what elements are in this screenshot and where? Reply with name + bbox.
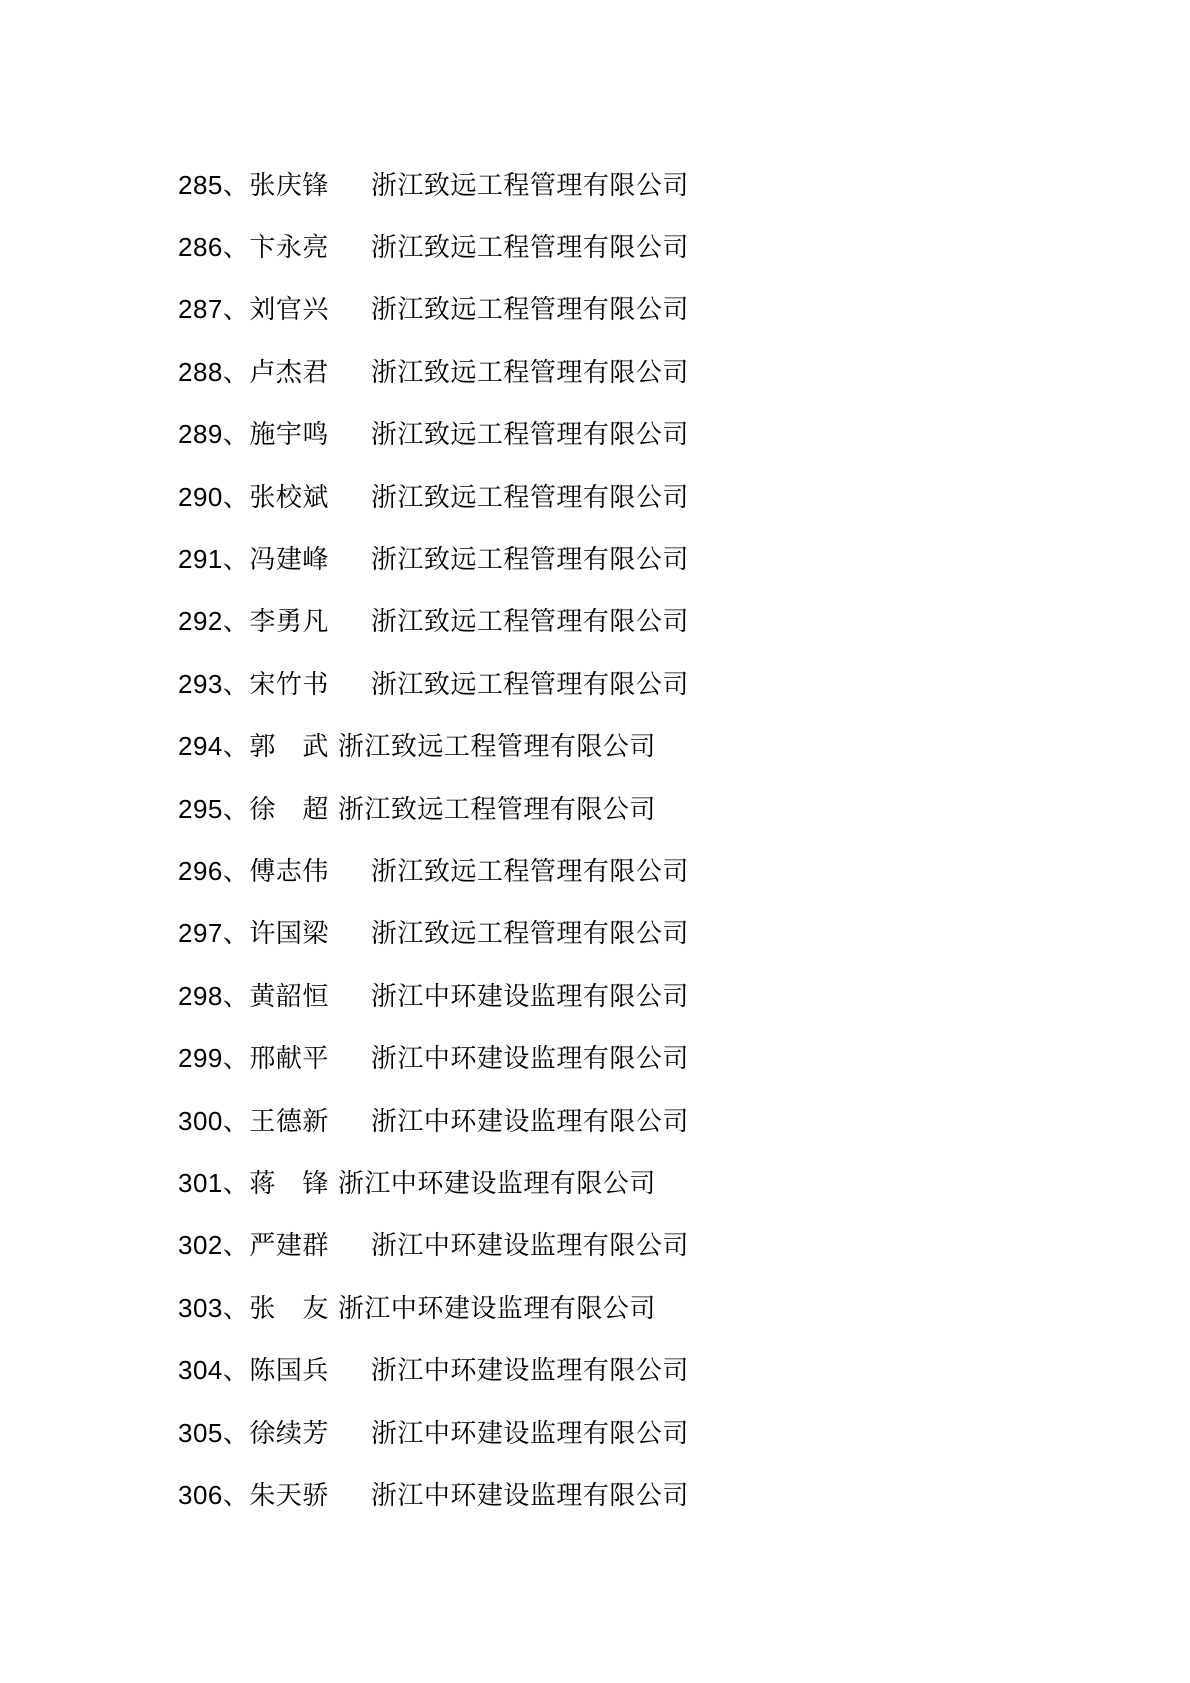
personnel-list: 285、张庆锋浙江致远工程管理有限公司 286、卞永亮浙江致远工程管理有限公司 …: [178, 152, 1150, 1525]
entry-name: 卞永亮: [249, 227, 329, 264]
entry-number: 298、: [178, 976, 249, 1013]
entry-company: 浙江致远工程管理有限公司: [371, 913, 689, 950]
list-item: 305、徐续芳浙江中环建设监理有限公司: [178, 1400, 1150, 1462]
entry-company: 浙江中环建设监理有限公司: [371, 1101, 689, 1138]
entry-number: 286、: [178, 227, 249, 264]
entry-company: 浙江致远工程管理有限公司: [371, 227, 689, 264]
list-item: 298、黄韶恒浙江中环建设监理有限公司: [178, 963, 1150, 1025]
entry-name: 徐续芳: [249, 1413, 329, 1450]
list-item: 286、卞永亮浙江致远工程管理有限公司: [178, 214, 1150, 276]
entry-number: 295、: [178, 789, 249, 826]
entry-number: 303、: [178, 1288, 249, 1325]
list-item: 293、宋竹书浙江致远工程管理有限公司: [178, 651, 1150, 713]
entry-name: 陈国兵: [249, 1350, 329, 1387]
entry-company: 浙江致远工程管理有限公司: [371, 414, 689, 451]
list-item: 294、郭 武浙江致远工程管理有限公司: [178, 714, 1150, 776]
entry-number: 291、: [178, 539, 249, 576]
entry-company: 浙江致远工程管理有限公司: [338, 726, 656, 763]
entry-name: 蒋 锋: [249, 1163, 329, 1200]
entry-company: 浙江致远工程管理有限公司: [371, 601, 689, 638]
entry-company: 浙江中环建设监理有限公司: [338, 1288, 656, 1325]
entry-number: 306、: [178, 1475, 249, 1512]
entry-name: 冯建峰: [249, 539, 329, 576]
entry-company: 浙江中环建设监理有限公司: [371, 1038, 689, 1075]
entry-company: 浙江中环建设监理有限公司: [371, 1225, 689, 1262]
list-item: 296、傅志伟浙江致远工程管理有限公司: [178, 838, 1150, 900]
list-item: 303、张 友浙江中环建设监理有限公司: [178, 1275, 1150, 1337]
entry-number: 292、: [178, 601, 249, 638]
entry-company: 浙江致远工程管理有限公司: [371, 352, 689, 389]
entry-number: 302、: [178, 1225, 249, 1262]
entry-company: 浙江致远工程管理有限公司: [371, 851, 689, 888]
list-item: 297、许国梁浙江致远工程管理有限公司: [178, 901, 1150, 963]
entry-number: 294、: [178, 726, 249, 763]
entry-company: 浙江致远工程管理有限公司: [371, 165, 689, 202]
entry-company: 浙江中环建设监理有限公司: [371, 1413, 689, 1450]
entry-number: 290、: [178, 477, 249, 514]
entry-name: 徐 超: [249, 789, 329, 826]
list-item: 302、严建群浙江中环建设监理有限公司: [178, 1213, 1150, 1275]
entry-company: 浙江中环建设监理有限公司: [371, 1350, 689, 1387]
list-item: 285、张庆锋浙江致远工程管理有限公司: [178, 152, 1150, 214]
entry-number: 304、: [178, 1350, 249, 1387]
list-item: 295、徐 超浙江致远工程管理有限公司: [178, 776, 1150, 838]
entry-number: 289、: [178, 414, 249, 451]
list-item: 304、陈国兵浙江中环建设监理有限公司: [178, 1337, 1150, 1399]
entry-company: 浙江致远工程管理有限公司: [371, 289, 689, 326]
entry-company: 浙江致远工程管理有限公司: [371, 477, 689, 514]
entry-number: 299、: [178, 1038, 249, 1075]
entry-number: 305、: [178, 1413, 249, 1450]
entry-number: 300、: [178, 1101, 249, 1138]
entry-name: 许国梁: [249, 913, 329, 950]
list-item: 290、张校斌浙江致远工程管理有限公司: [178, 464, 1150, 526]
entry-name: 严建群: [249, 1225, 329, 1262]
entry-name: 朱天骄: [249, 1475, 329, 1512]
entry-company: 浙江致远工程管理有限公司: [371, 539, 689, 576]
entry-name: 宋竹书: [249, 664, 329, 701]
entry-name: 刘官兴: [249, 289, 329, 326]
entry-number: 293、: [178, 664, 249, 701]
entry-name: 郭 武: [249, 726, 329, 763]
list-item: 299、邢献平浙江中环建设监理有限公司: [178, 1025, 1150, 1087]
document-page: 285、张庆锋浙江致远工程管理有限公司 286、卞永亮浙江致远工程管理有限公司 …: [0, 0, 1190, 1683]
entry-number: 301、: [178, 1163, 249, 1200]
entry-number: 287、: [178, 289, 249, 326]
entry-name: 邢献平: [249, 1038, 329, 1075]
list-item: 288、卢杰君浙江致远工程管理有限公司: [178, 339, 1150, 401]
list-item: 292、李勇凡浙江致远工程管理有限公司: [178, 589, 1150, 651]
list-item: 306、朱天骄浙江中环建设监理有限公司: [178, 1462, 1150, 1524]
list-item: 289、施宇鸣浙江致远工程管理有限公司: [178, 402, 1150, 464]
entry-company: 浙江中环建设监理有限公司: [338, 1163, 656, 1200]
entry-number: 285、: [178, 165, 249, 202]
entry-name: 黄韶恒: [249, 976, 329, 1013]
entry-company: 浙江中环建设监理有限公司: [371, 1475, 689, 1512]
entry-company: 浙江致远工程管理有限公司: [371, 664, 689, 701]
entry-name: 张庆锋: [249, 165, 329, 202]
entry-name: 卢杰君: [249, 352, 329, 389]
list-item: 287、刘官兴浙江致远工程管理有限公司: [178, 277, 1150, 339]
entry-name: 张校斌: [249, 477, 329, 514]
entry-company: 浙江中环建设监理有限公司: [371, 976, 689, 1013]
entry-name: 李勇凡: [249, 601, 329, 638]
entry-name: 傅志伟: [249, 851, 329, 888]
list-item: 300、王德新浙江中环建设监理有限公司: [178, 1088, 1150, 1150]
entry-name: 王德新: [249, 1101, 329, 1138]
entry-number: 288、: [178, 352, 249, 389]
entry-name: 施宇鸣: [249, 414, 329, 451]
entry-name: 张 友: [249, 1288, 329, 1325]
entry-number: 297、: [178, 913, 249, 950]
list-item: 291、冯建峰浙江致远工程管理有限公司: [178, 526, 1150, 588]
entry-company: 浙江致远工程管理有限公司: [338, 789, 656, 826]
entry-number: 296、: [178, 851, 249, 888]
list-item: 301、蒋 锋浙江中环建设监理有限公司: [178, 1150, 1150, 1212]
